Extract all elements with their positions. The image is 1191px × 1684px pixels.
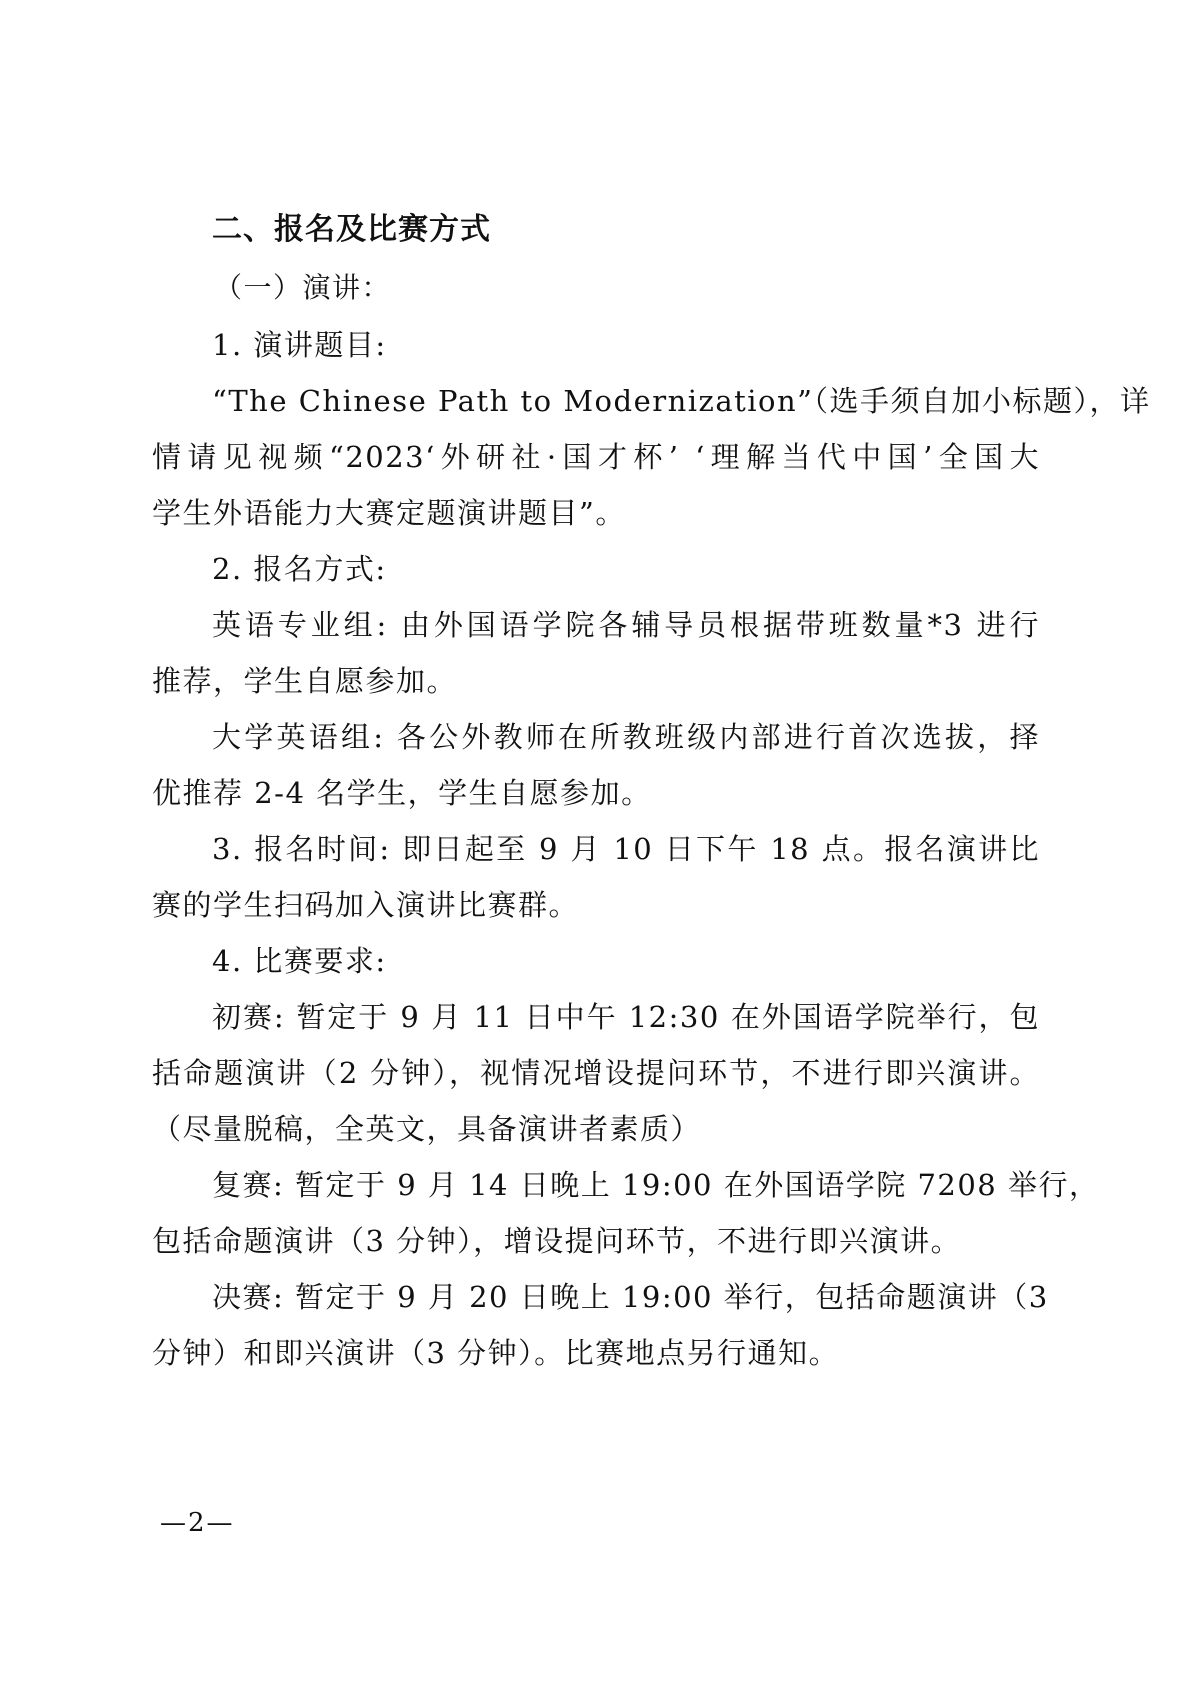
item-heading-topic: 1. 演讲题目: bbox=[212, 325, 1040, 365]
paragraph-line: 分钟）和即兴演讲（3 分钟）。比赛地点另行通知。 bbox=[152, 1333, 1040, 1373]
item-heading-requirements: 4. 比赛要求: bbox=[212, 941, 1040, 981]
item-heading-time: 3. 报名时间: 即日起至 9 月 10 日下午 18 点。报名演讲比 bbox=[212, 829, 1040, 869]
paragraph-line: 包括命题演讲（3 分钟），增设提问环节，不进行即兴演讲。 bbox=[152, 1221, 1040, 1261]
paragraph-line: 推荐，学生自愿参加。 bbox=[152, 661, 1040, 701]
paragraph-line: （尽量脱稿，全英文，具备演讲者素质） bbox=[152, 1109, 1040, 1149]
paragraph-line: 优推荐 2-4 名学生，学生自愿参加。 bbox=[152, 773, 1040, 813]
paragraph-line: “The Chinese Path to Modernization”（选手须自… bbox=[212, 381, 1040, 421]
paragraph-line: 赛的学生扫码加入演讲比赛群。 bbox=[152, 885, 1040, 925]
paragraph-line: 括命题演讲（2 分钟），视情况增设提问环节，不进行即兴演讲。 bbox=[152, 1053, 1040, 1093]
paragraph-line: 初赛: 暂定于 9 月 11 日中午 12:30 在外国语学院举行，包 bbox=[212, 997, 1040, 1037]
subsection-heading: （一）演讲： bbox=[214, 268, 1102, 308]
paragraph-line: 情请见视频“2023‘外研社·国才杯’ ‘理解当代中国’全国大 bbox=[152, 437, 1040, 477]
item-heading-registration: 2. 报名方式: bbox=[212, 549, 1040, 589]
paragraph-line: 复赛: 暂定于 9 月 14 日晚上 19:00 在外国语学院 7208 举行， bbox=[212, 1165, 1040, 1205]
paragraph-line: 英语专业组: 由外国语学院各辅导员根据带班数量*3 进行 bbox=[212, 605, 1040, 645]
paragraph-line: 大学英语组: 各公外教师在所教班级内部进行首次选拔，择 bbox=[212, 717, 1040, 757]
document-page: 二、报名及比赛方式 （一）演讲： 1. 演讲题目: “The Chinese P… bbox=[0, 0, 1191, 1684]
paragraph-line: 决赛: 暂定于 9 月 20 日晚上 19:00 举行，包括命题演讲（3 bbox=[212, 1277, 1040, 1317]
page-number: —2— bbox=[160, 1508, 235, 1538]
section-heading: 二、报名及比赛方式 bbox=[212, 210, 1100, 250]
paragraph-line: 学生外语能力大赛定题演讲题目”。 bbox=[152, 493, 1040, 533]
